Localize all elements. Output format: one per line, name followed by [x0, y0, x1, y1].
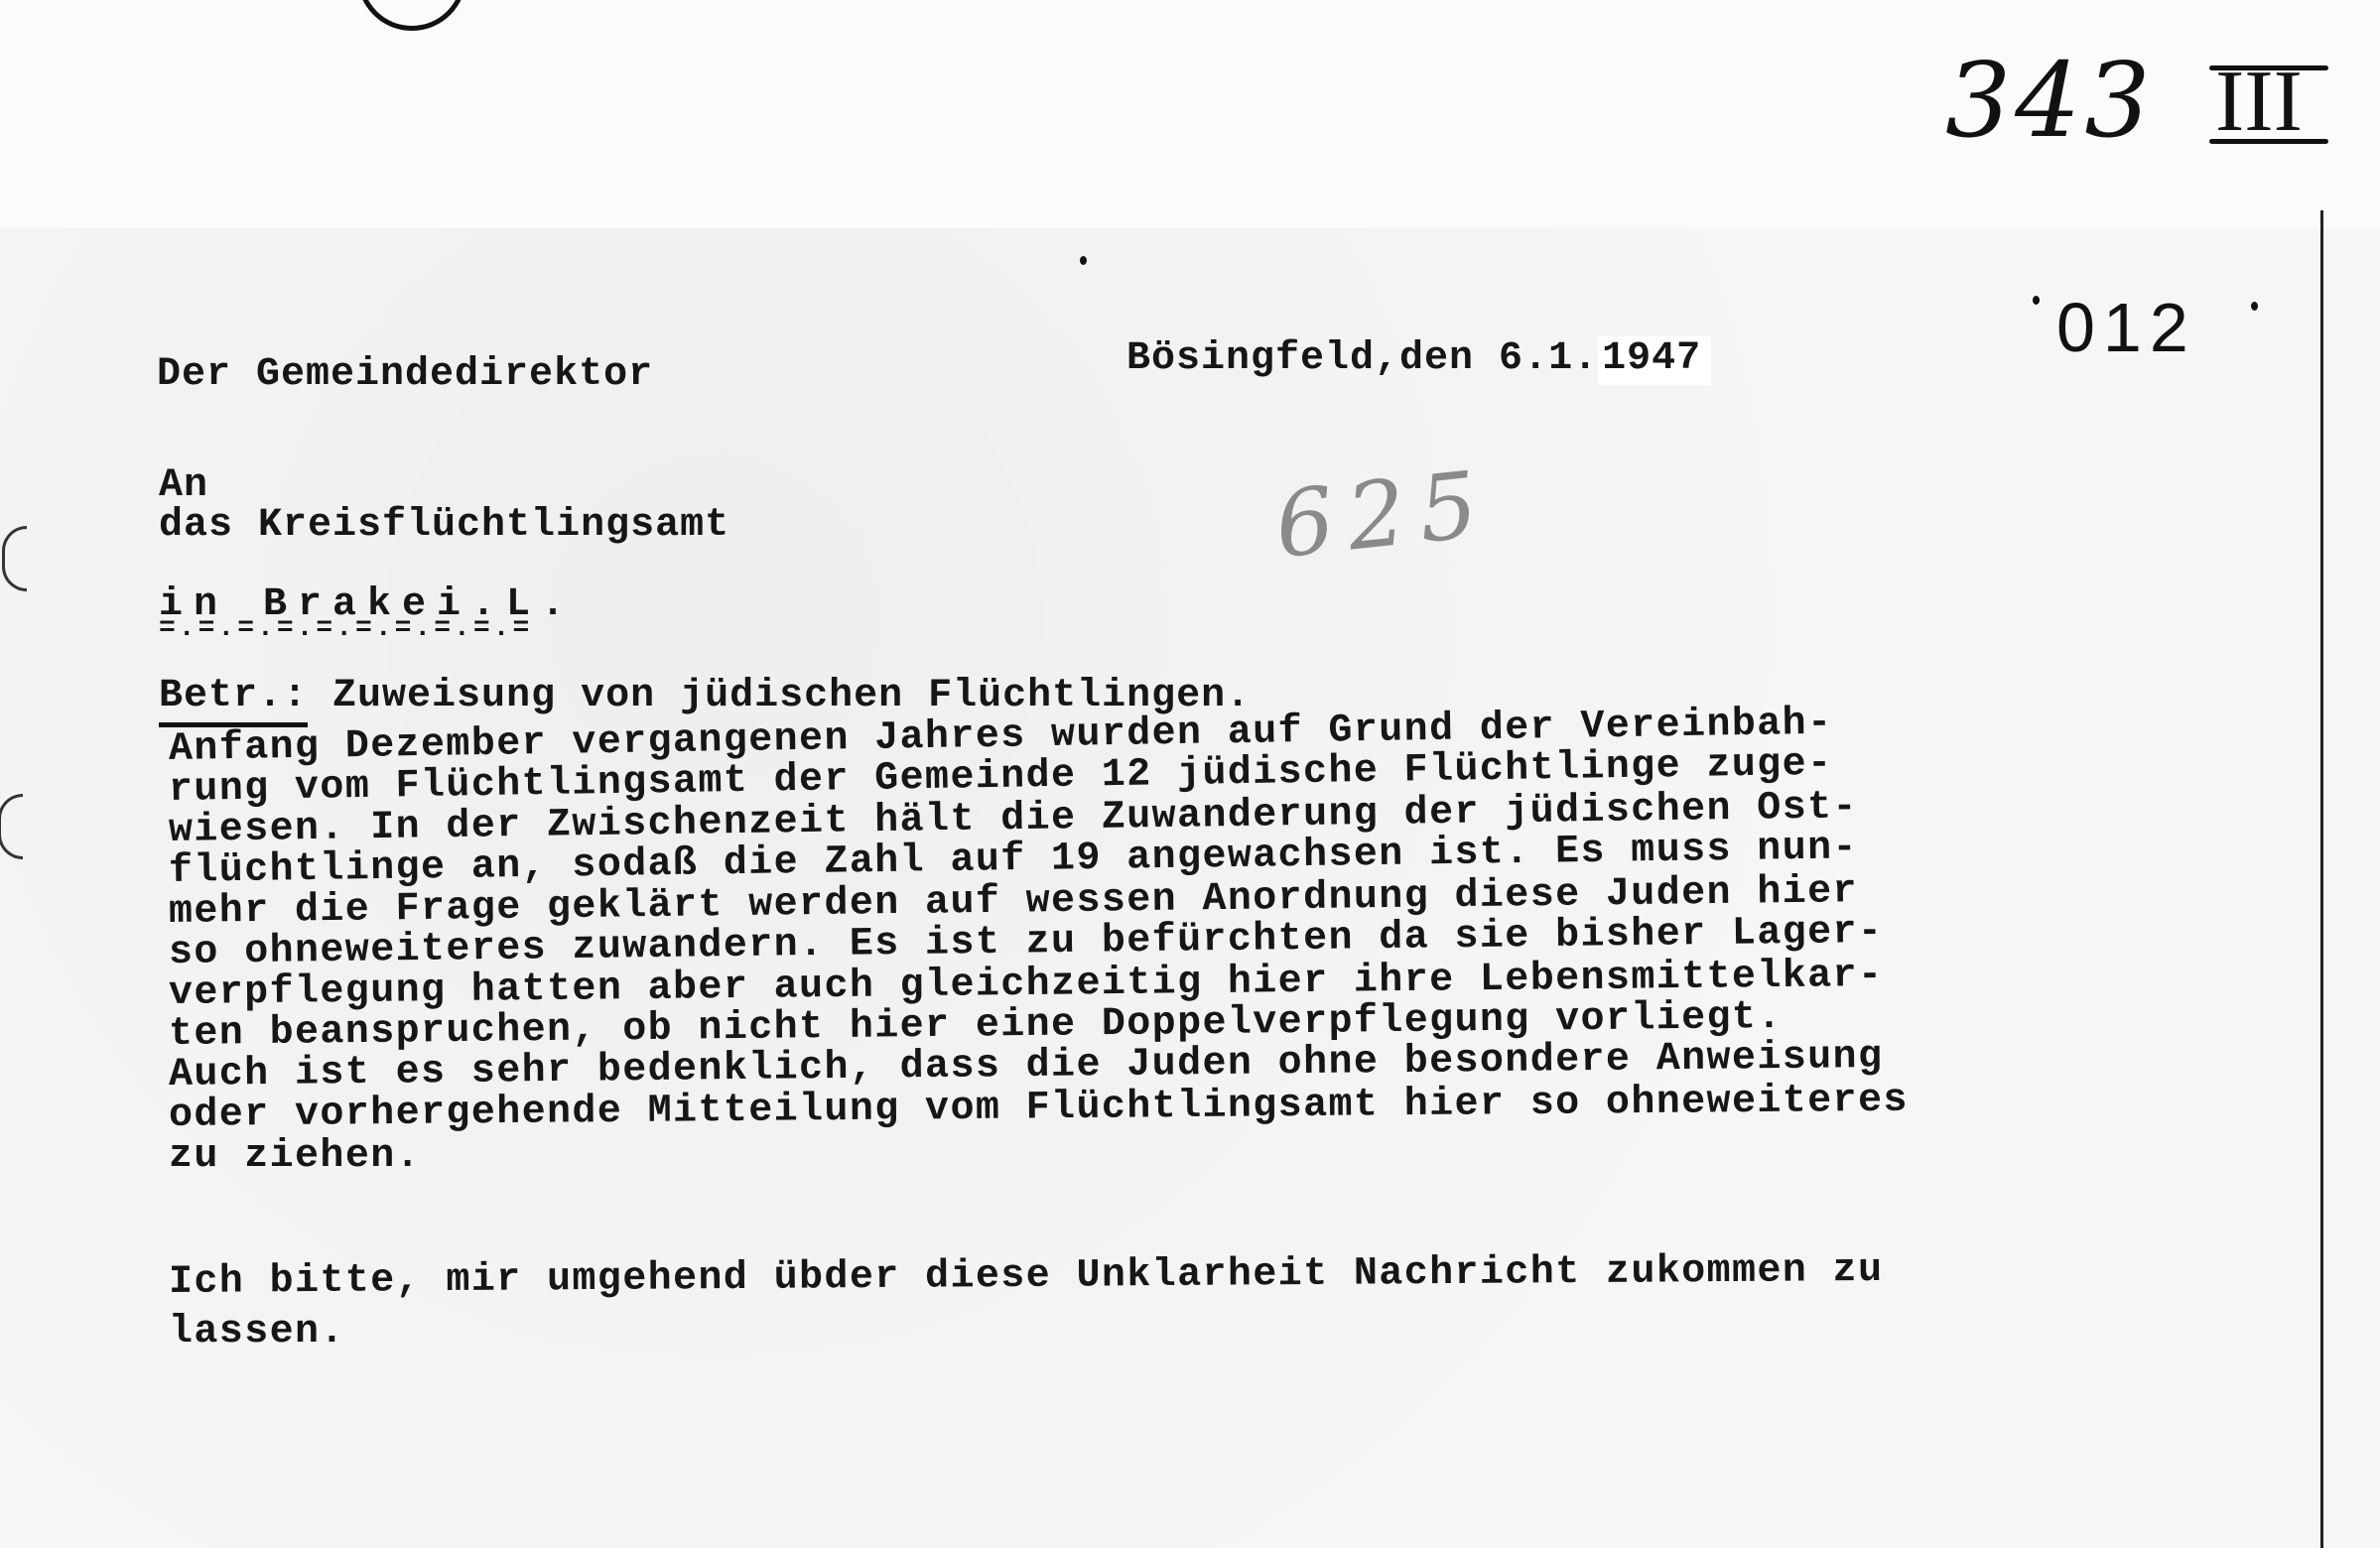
ink-speck — [2033, 296, 2040, 305]
letter-body: Anfang Dezember vergangenen Jahres wurde… — [169, 729, 2273, 1177]
body-line: zu ziehen. — [169, 1136, 2273, 1177]
subject-label: Betr.: — [159, 674, 308, 727]
document-page: 343 III 012 Der Gemeindedirektor Bösingf… — [0, 0, 2380, 1548]
card-edge-line — [2320, 210, 2323, 1548]
ink-speck — [2251, 302, 2258, 311]
margin-punch-mark — [2, 526, 27, 591]
handwritten-scribble-mark — [357, 0, 466, 31]
stamped-page-number: 012 — [2056, 288, 2196, 367]
date-year: 1947 — [1598, 336, 1711, 385]
recipient-name: das Kreisflüchtlingsamt — [159, 506, 729, 546]
place-date: Bösingfeld,den 6.1. — [1126, 336, 1598, 381]
margin-punch-mark — [0, 794, 23, 859]
pencil-annotation-number: 625 — [1270, 451, 1497, 579]
closing-line: lassen. — [169, 1308, 1883, 1357]
place-date-line: Bösingfeld,den 6.1.1947 — [1126, 339, 1711, 379]
ink-speck — [1080, 256, 1087, 265]
closing-line: Ich bitte, mir umgehend übder diese Unkl… — [169, 1246, 1884, 1308]
handwritten-archive-number: 343 — [1945, 40, 2155, 161]
handwritten-archive-volume: III — [2215, 52, 2303, 152]
subject-line: Betr.: Zuweisung von jüdischen Flüchtlin… — [159, 677, 1251, 716]
recipient-prefix: An — [159, 466, 208, 506]
city-underline-rule: =.=.=.=.=.=.=.=.=.= — [159, 615, 532, 643]
letter-closing: Ich bitte, mir umgehend übder diese Unkl… — [169, 1258, 1883, 1357]
sender-line: Der Gemeindedirektor — [157, 355, 653, 395]
